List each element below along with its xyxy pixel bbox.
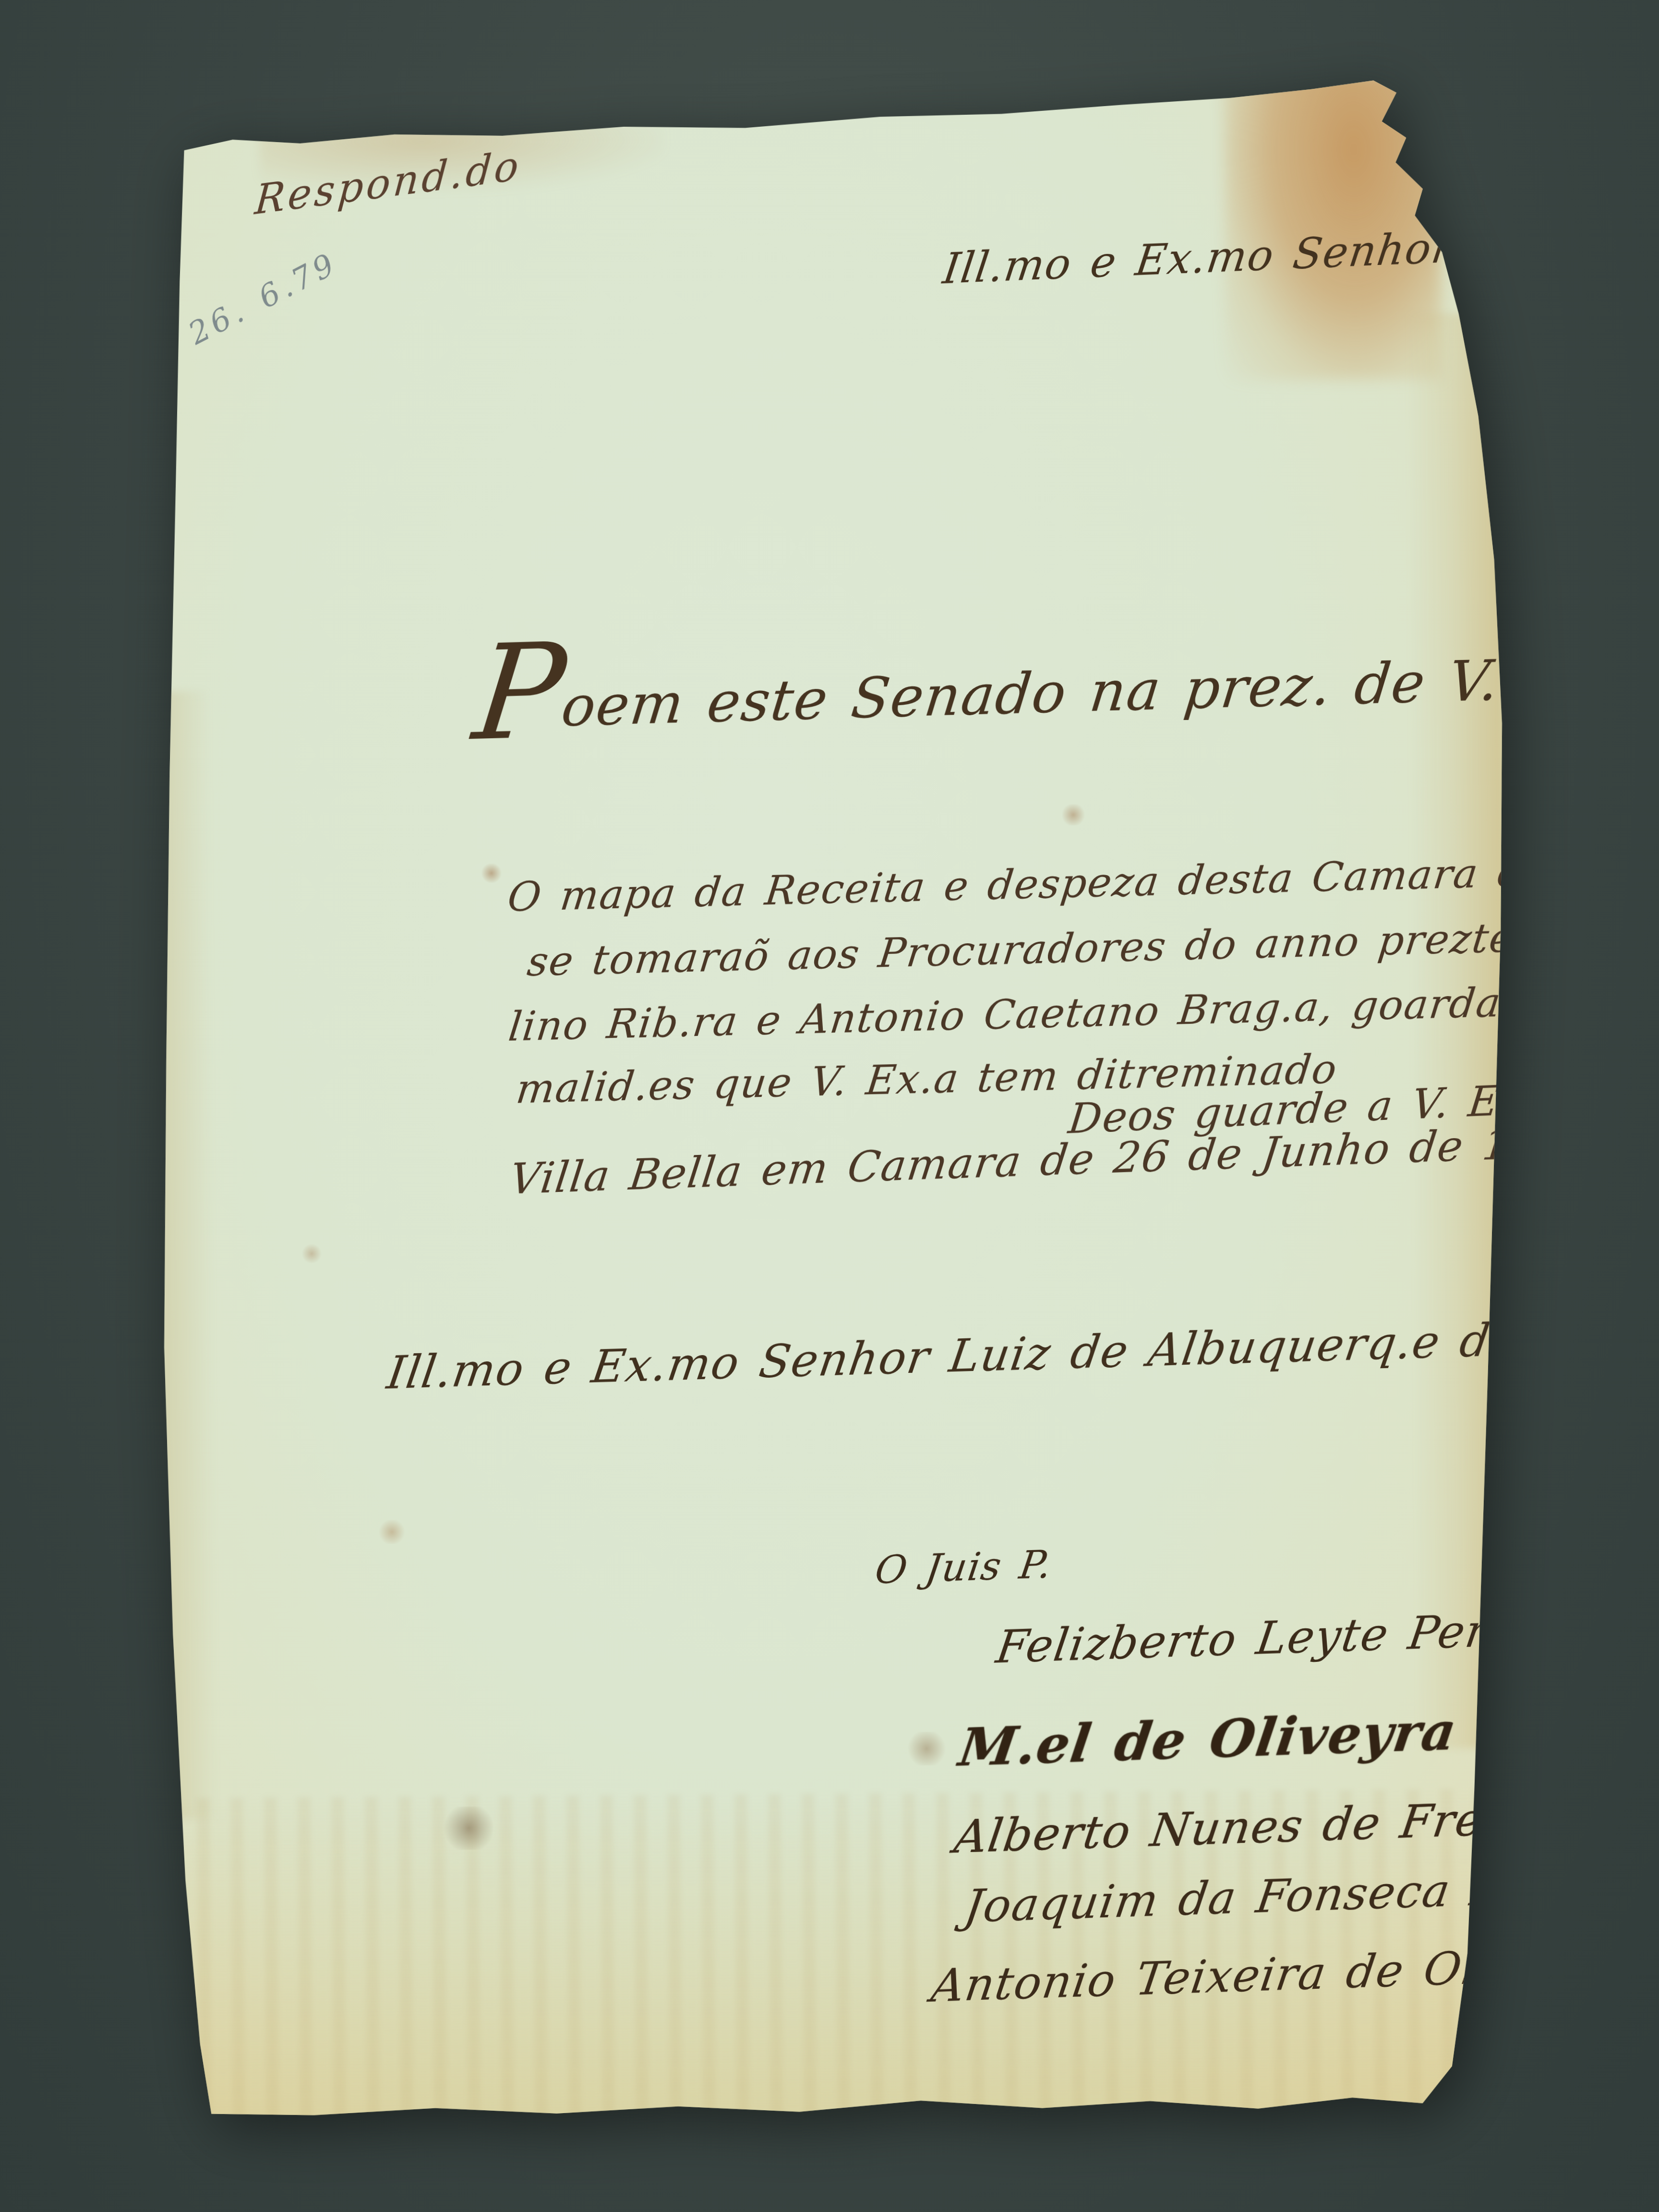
archival-pencil-date: 26. 6.79 [183, 246, 344, 352]
foxing-spot [440, 1806, 498, 1850]
signature: Felizberto Leyte Per.a [993, 1604, 1530, 1674]
stain-left-edge [156, 691, 217, 1819]
body-line: lino Rib.ra e Antonio Caetano Brag.a, go… [506, 973, 1659, 1050]
signature: Antonio Teixeira de Oliveira [928, 1937, 1616, 2013]
salutation-heading: Ill.mo e Ex.mo Senhor [940, 222, 1456, 293]
stain-right-edge [1407, 313, 1512, 1749]
paper-sheet: Respond.do 26. 6.79 Ill.mo e Ex.mo Senho… [151, 67, 1515, 2127]
foxing-spot [1060, 804, 1086, 825]
archival-ink-annotation: Respond.do [253, 141, 523, 224]
foxing-spot [905, 1731, 948, 1766]
signature: Alberto Nunes de Freytas [951, 1790, 1585, 1863]
foxing-spot [481, 864, 503, 883]
foxing-spot [377, 1520, 406, 1544]
signature-intro: O Juis P. [872, 1542, 1055, 1593]
addressee-line: Ill.mo e Ex.mo Senhor Luiz de Albuquerq.… [384, 1298, 1659, 1400]
photograph-background: Respond.do 26. 6.79 Ill.mo e Ex.mo Senho… [0, 0, 1659, 2212]
signature: M.el de Oliveyra Pombal [955, 1693, 1659, 1778]
body-line: se tomaraõ aos Procuradores do anno prez… [525, 908, 1659, 985]
dateline: Villa Bella em Camara de 26 de Junho de … [507, 1116, 1598, 1203]
opening-line: Poem este Senado na prez. de V. Ex.a [470, 644, 1653, 742]
foxing-spot [301, 1244, 322, 1263]
signature: Joaquim da Fonseca Freitas [961, 1858, 1643, 1933]
body-line: O mapa da Receita e despeza desta Camara… [505, 842, 1659, 920]
manuscript-page: Respond.do 26. 6.79 Ill.mo e Ex.mo Senho… [151, 67, 1515, 2127]
